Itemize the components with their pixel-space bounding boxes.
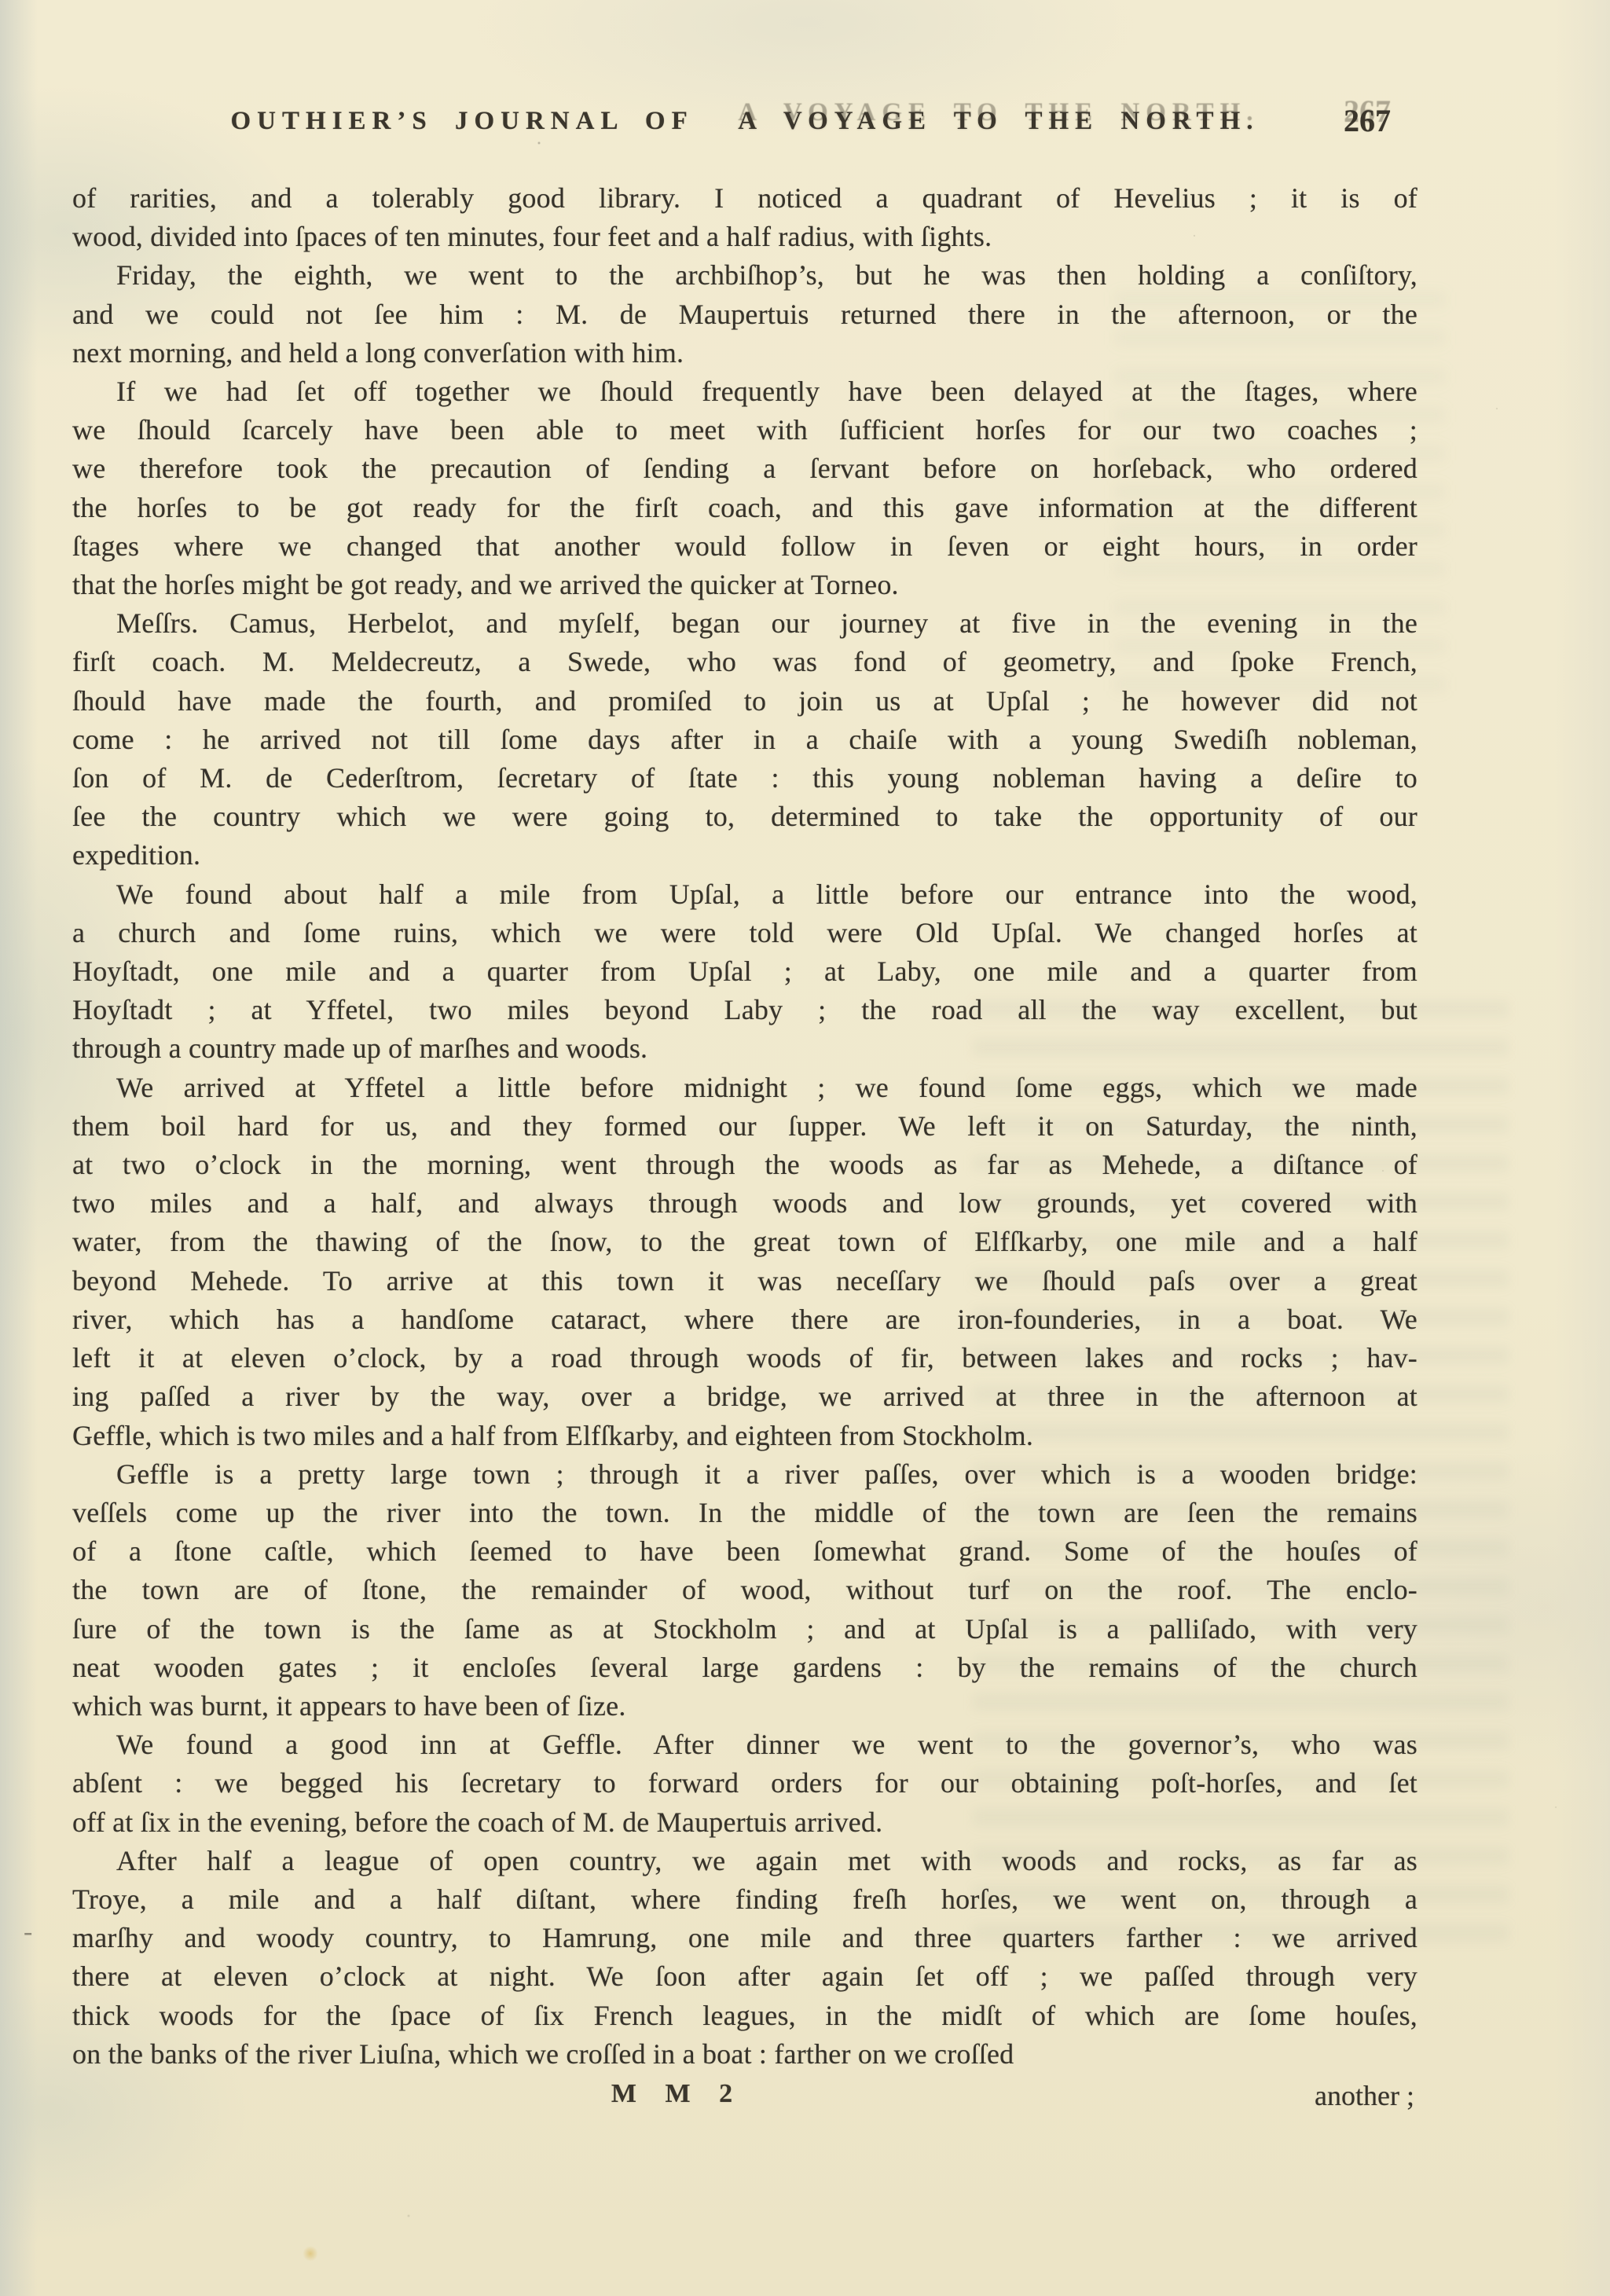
paragraph: We found about half a mile from Upſal, a… (72, 875, 1417, 1069)
margin-print-artifact: - (24, 1917, 32, 1947)
text-line: next morning, and held a long converſati… (72, 334, 1417, 372)
paragraph: If we had ſet off together we ſhould fre… (72, 372, 1417, 604)
text-line: firſt coach. M. Meldecreutz, a Swede, wh… (72, 643, 1417, 681)
text-line: Hoyſtadt, one mile and a quarter from Up… (72, 952, 1417, 991)
text-line: off at ſix in the evening, before the co… (72, 1803, 1417, 1842)
text-line: them boil hard for us, and they formed o… (72, 1107, 1417, 1146)
text-line: After half a league of open country, we … (72, 1842, 1417, 1880)
text-line: through a country made up of marſhes and… (72, 1029, 1417, 1068)
text-line: ſon of M. de Cederſtrom, ſecretary of ſt… (72, 759, 1417, 798)
text-line: water, from the thawing of the ſnow, to … (72, 1223, 1417, 1261)
text-line: there at eleven o’clock at night. We ſoo… (72, 1957, 1417, 1996)
text-line: river, which has a handſome cataract, wh… (72, 1300, 1417, 1339)
text-line: and we could not ſee him : M. de Maupert… (72, 295, 1417, 334)
text-line: ing paſſed a river by the way, over a br… (72, 1377, 1417, 1416)
text-line: Friday, the eighth, we went to the archb… (72, 256, 1417, 295)
text-line: the horſes to be got ready for the firſt… (72, 489, 1417, 527)
text-line: If we had ſet off together we ſhould fre… (72, 372, 1417, 411)
text-line: Hoyſtadt ; at Yffetel, two miles beyond … (72, 991, 1417, 1029)
text-line: at two o’clock in the morning, went thro… (72, 1146, 1417, 1184)
text-line: that the horſes might be got ready, and … (72, 566, 1417, 604)
text-line: We found about half a mile from Upſal, a… (72, 875, 1417, 914)
text-line: We found a good inn at Geffle. After din… (72, 1726, 1417, 1764)
text-line: on the banks of the river Liuſna, which … (72, 2035, 1417, 2074)
text-line: expedition. (72, 836, 1417, 875)
text-line: a church and ſome ruins, which we were t… (72, 914, 1417, 952)
paragraph: Meſſrs. Camus, Herbelot, and myſelf, beg… (72, 604, 1417, 875)
paragraph: After half a league of open country, we … (72, 1842, 1417, 2074)
text-line: left it at eleven o’clock, by a road thr… (72, 1339, 1417, 1377)
text-line: veſſels come up the river into the town.… (72, 1494, 1417, 1532)
text-line: neat wooden gates ; it encloſes ſeveral … (72, 1649, 1417, 1687)
text-line: two miles and a half, and always through… (72, 1184, 1417, 1223)
text-line: We arrived at Yffetel a little before mi… (72, 1069, 1417, 1107)
text-line: ſure of the town is the ſame as at Stock… (72, 1610, 1417, 1649)
running-title-right: A VOYAGE TO THE NORTH. (738, 107, 1259, 135)
text-block: of rarities, and a tolerably good librar… (72, 179, 1417, 2074)
text-line: which was burnt, it appears to have been… (72, 1687, 1417, 1726)
running-title-left: OUTHIER’S JOURNAL OF (231, 107, 694, 135)
text-line: abſent : we begged his ſecretary to forw… (72, 1764, 1417, 1803)
text-line: Geffle, which is two miles and a half fr… (72, 1417, 1417, 1455)
text-line: Troye, a mile and a half diſtant, where … (72, 1880, 1417, 1919)
page-number: 267 (1344, 102, 1391, 139)
paragraph: We found a good inn at Geffle. After din… (72, 1726, 1417, 1842)
paragraph: of rarities, and a tolerably good librar… (72, 179, 1417, 256)
running-title: OUTHIER’S JOURNAL OF A VOYAGE TO THE NOR… (72, 107, 1417, 136)
text-line: ſtages where we changed that another wou… (72, 527, 1417, 566)
text-line: wood, divided into ſpaces of ten minutes… (72, 218, 1417, 256)
text-line: Geffle is a pretty large town ; through … (72, 1455, 1417, 1494)
page-header: OUTHIER’S JOURNAL OF A VOYAGE TO THE NOR… (72, 107, 1417, 154)
text-line: Meſſrs. Camus, Herbelot, and myſelf, beg… (72, 604, 1417, 643)
signature-mark: M M 2 (5, 2079, 1350, 2109)
text-line: marſhy and woody country, to Hamrung, on… (72, 1919, 1417, 1957)
paragraph: Friday, the eighth, we went to the archb… (72, 256, 1417, 372)
scanned-book-page: OUTHIER’S JOURNAL OF A VOYAGE TO THE NOR… (0, 0, 1610, 2296)
paragraph: We arrived at Yffetel a little before mi… (72, 1069, 1417, 1455)
page-footer: M M 2 another ; (72, 2079, 1417, 2126)
text-line: beyond Mehede. To arrive at this town it… (72, 1262, 1417, 1300)
text-line: thick woods for the ſpace of ſix French … (72, 1997, 1417, 2035)
text-line: ſhould have made the fourth, and promiſe… (72, 682, 1417, 721)
text-line: we therefore took the precaution of ſend… (72, 449, 1417, 488)
text-line: the town are of ſtone, the remainder of … (72, 1571, 1417, 1609)
text-line: we ſhould ſcarcely have been able to mee… (72, 411, 1417, 449)
catchword: another ; (1315, 2079, 1414, 2112)
paragraph: Geffle is a pretty large town ; through … (72, 1455, 1417, 1726)
text-line: of a ſtone caſtle, which ſeemed to have … (72, 1532, 1417, 1571)
text-line: come : he arrived not till ſome days aft… (72, 721, 1417, 759)
text-line: of rarities, and a tolerably good librar… (72, 179, 1417, 218)
text-line: ſee the country which we were going to, … (72, 798, 1417, 836)
